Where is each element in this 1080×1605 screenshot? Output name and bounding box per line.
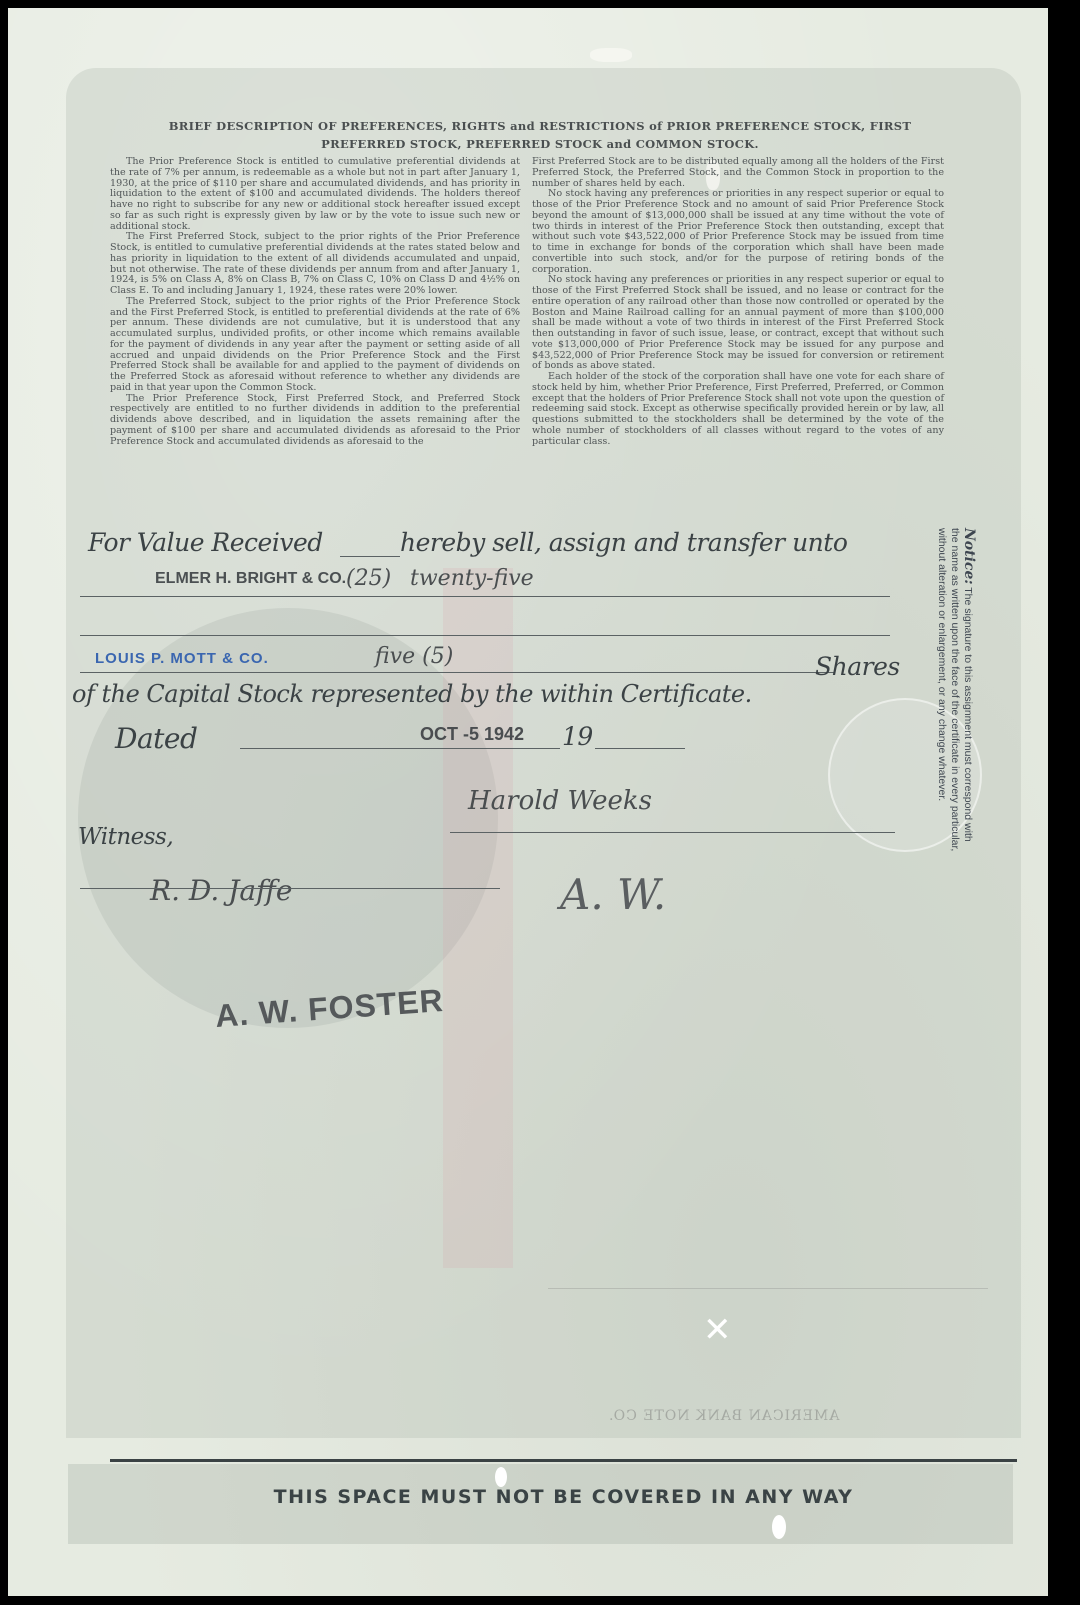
date-stamp: OCT -5 1942: [420, 724, 524, 745]
paragraph: The Prior Preference Stock is entitled t…: [110, 157, 520, 232]
witness-signature: R. D. Jaffe: [150, 874, 292, 907]
assignee-line: [80, 596, 890, 597]
for-value-received-label: For Value Received: [88, 528, 323, 557]
punch-hole: [772, 1515, 786, 1539]
assignor-blank-line: [340, 556, 400, 557]
witness-label: Witness,: [78, 824, 173, 850]
description-left-column: The Prior Preference Stock is entitled t…: [110, 157, 520, 447]
handwritten-share-numeral: (25): [346, 566, 391, 591]
notice-label: Notice:: [961, 528, 977, 585]
page-title: BRIEF DESCRIPTION OF PREFERENCES, RIGHTS…: [110, 117, 970, 153]
signature-notice: Notice: The signature to this assignment…: [895, 528, 975, 858]
year-line: [595, 748, 685, 749]
hereby-clause-label: hereby sell, assign and transfer unto: [400, 528, 847, 557]
paragraph: No stock having any preferences or prior…: [532, 189, 944, 275]
capital-stock-line: of the Capital Stock represented by the …: [72, 680, 752, 708]
paragraph: The Preferred Stock, subject to the prio…: [110, 297, 520, 394]
dated-label: Dated: [115, 722, 197, 755]
handwritten-share-words: twenty-five: [410, 566, 534, 591]
description-right-column: First Preferred Stock are to be distribu…: [532, 157, 944, 447]
mirrored-printer-imprint: AMERICAN BANK NOTE CO.: [608, 1408, 839, 1424]
shares-label: Shares: [815, 652, 900, 681]
blue-broker-stamp: LOUIS P. MOTT & CO.: [95, 650, 269, 667]
shares-line: [80, 672, 835, 673]
date-line: [240, 748, 560, 749]
witness-line: [80, 888, 500, 889]
blank-line: [80, 635, 890, 636]
paragraph: The First Preferred Stock, subject to th…: [110, 232, 520, 297]
paper-scar: [590, 48, 632, 62]
paragraph: No stock having any preferences or prior…: [532, 275, 944, 372]
assignor-signature: Harold Weeks: [468, 786, 652, 816]
show-through-vignette: [78, 608, 498, 1028]
signature-line: [450, 832, 895, 833]
punch-hole: [495, 1467, 507, 1487]
handwritten-second-shares: five (5): [375, 644, 453, 669]
show-through-red-band: [443, 568, 513, 1268]
bottom-rule: [110, 1459, 1017, 1462]
paragraph: First Preferred Stock are to be distribu…: [532, 157, 944, 189]
paragraph: The Prior Preference Stock, First Prefer…: [110, 394, 520, 448]
paragraph: Each holder of the stock of the corporat…: [532, 372, 944, 447]
footer-warning: THIS SPACE MUST NOT BE COVERED IN ANY WA…: [110, 1486, 1017, 1508]
initials-signature: A. W.: [560, 870, 666, 919]
cancellation-cut-icon: ✕: [703, 1310, 732, 1350]
assignee-stamp: ELMER H. BRIGHT & CO.: [155, 570, 346, 588]
year-prefix: 19: [562, 722, 593, 751]
